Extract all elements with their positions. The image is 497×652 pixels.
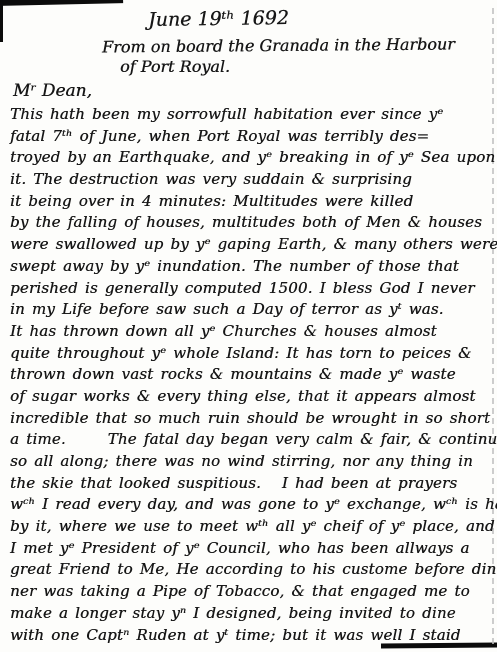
manuscript-line: it. The destruction was very suddain & s… bbox=[10, 169, 496, 191]
manuscript-line: of sugar works & every thing else, that … bbox=[10, 386, 496, 408]
letter-salutation: Mʳ Dean, bbox=[13, 81, 92, 101]
manuscript-line: perished is generally computed 1500. I b… bbox=[10, 278, 496, 300]
manuscript-line: thrown down vast rocks & mountains & mad… bbox=[10, 364, 496, 386]
manuscript-line: by the falling of houses, multitudes bot… bbox=[10, 212, 496, 234]
manuscript-line: make a longer stay yⁿ I designed, being … bbox=[10, 603, 496, 625]
letter-origin-line-1: From on board the Granada in the Harbour bbox=[102, 34, 455, 56]
manuscript-line: were swallowed up by yᵉ gaping Earth, & … bbox=[10, 234, 496, 256]
manuscript-line: I met yᵉ President of yᵉ Council, who ha… bbox=[10, 538, 496, 560]
manuscript-line: wᶜʰ I read every day, and was gone to yᵉ… bbox=[10, 494, 496, 516]
manuscript-line: quite throughout yᵉ whole Island: It has… bbox=[10, 343, 496, 365]
manuscript-line: with one Captⁿ Ruden at yᵗ time; but it … bbox=[10, 625, 496, 647]
scan-artifact-left-edge bbox=[0, 0, 3, 42]
letter-origin-line-2: of Port Royal. bbox=[120, 57, 230, 76]
manuscript-line: ner was taking a Pipe of Tobacco, & that… bbox=[10, 581, 496, 603]
manuscript-line: It has thrown down all yᵉ Churches & hou… bbox=[10, 321, 496, 343]
letter-page: June 19ᵗʰ 1692 From on board the Granada… bbox=[0, 0, 497, 652]
manuscript-line: a time. The fatal day began very calm & … bbox=[10, 429, 496, 451]
letter-date: June 19ᵗʰ 1692 bbox=[148, 7, 289, 31]
manuscript-line: This hath been my sorrowfull habitation … bbox=[10, 104, 496, 126]
letter-body: This hath been my sorrowfull habitation … bbox=[10, 104, 496, 646]
manuscript-line: it being over in 4 minutes: Multitudes w… bbox=[10, 191, 496, 213]
scan-artifact-top-edge bbox=[0, 0, 123, 6]
manuscript-line: swept away by yᵉ inundation. The number … bbox=[10, 256, 496, 278]
manuscript-line: by it, where we use to meet wᵗʰ all yᵉ c… bbox=[10, 516, 496, 538]
manuscript-line: fatal 7ᵗʰ of June, when Port Royal was t… bbox=[10, 126, 496, 148]
manuscript-line: great Friend to Me, He according to his … bbox=[10, 559, 496, 581]
manuscript-line: in my Life before saw such a Day of terr… bbox=[10, 299, 496, 321]
manuscript-line: the skie that looked suspitious. I had b… bbox=[10, 473, 496, 495]
manuscript-line: troyed by an Earthquake, and yᵉ breaking… bbox=[10, 147, 496, 169]
manuscript-line: incredible that so much ruin should be w… bbox=[10, 408, 496, 430]
manuscript-line: so all along; there was no wind stirring… bbox=[10, 451, 496, 473]
